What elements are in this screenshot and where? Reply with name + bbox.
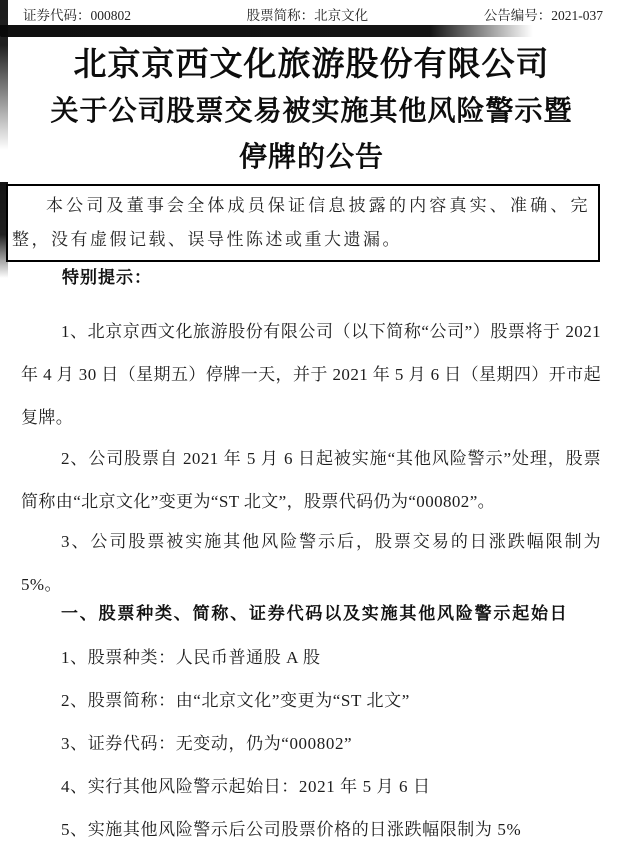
section-1-item-4: 4、实行其他风险警示起始日：2021 年 5 月 6 日 [61,776,611,798]
disclaimer-box: 本公司及董事会全体成员保证信息披露的内容真实、准确、完整，没有虚假记载、误导性陈… [6,184,600,262]
stock-code-label: 证券代码：000802 [23,7,131,25]
company-title: 北京京西文化旅游股份有限公司 [0,44,623,84]
subtitle-line-1: 关于公司股票交易被实施其他风险警示暨 [0,88,623,134]
stock-name-label: 股票简称：北京文化 [247,7,369,25]
subtitle-line-2: 停牌的公告 [0,134,623,180]
section-1-item-1: 1、股票种类：人民币普通股 A 股 [61,647,611,669]
special-notice-paragraph-1: 1、北京京西文化旅游股份有限公司（以下简称“公司”）股票将于 2021 年 4 … [21,310,601,439]
scan-band-artifact [0,25,538,37]
special-notice-paragraph-2: 2、公司股票自 2021 年 5 月 6 日起被实施“其他风险警示”处理，股票简… [21,437,601,523]
section-1-item-2: 2、股票简称：由“北京文化”变更为“ST 北文” [61,690,611,712]
section-1-item-3: 3、证券代码：无变动，仍为“000802” [61,733,611,755]
header-row: 证券代码：000802 股票简称：北京文化 公告编号：2021-037 [23,7,603,25]
section-1-heading: 一、股票种类、简称、证券代码以及实施其他风险警示起始日 [21,600,611,628]
document-page: 证券代码：000802 股票简称：北京文化 公告编号：2021-037 北京京西… [0,0,623,842]
disclaimer-text: 本公司及董事会全体成员保证信息披露的内容真实、准确、完整，没有虚假记载、误导性陈… [12,189,590,257]
announcement-number-label: 公告编号：2021-037 [484,7,603,25]
section-1-item-5: 5、实施其他风险警示后公司股票价格的日涨跌幅限制为 5% [61,819,611,841]
special-notice-paragraph-3: 3、公司股票被实施其他风险警示后，股票交易的日涨跌幅限制为 5%。 [21,520,601,606]
special-notice-heading: 特别提示： [62,267,152,289]
announcement-subtitle: 关于公司股票交易被实施其他风险警示暨 停牌的公告 [0,88,623,180]
